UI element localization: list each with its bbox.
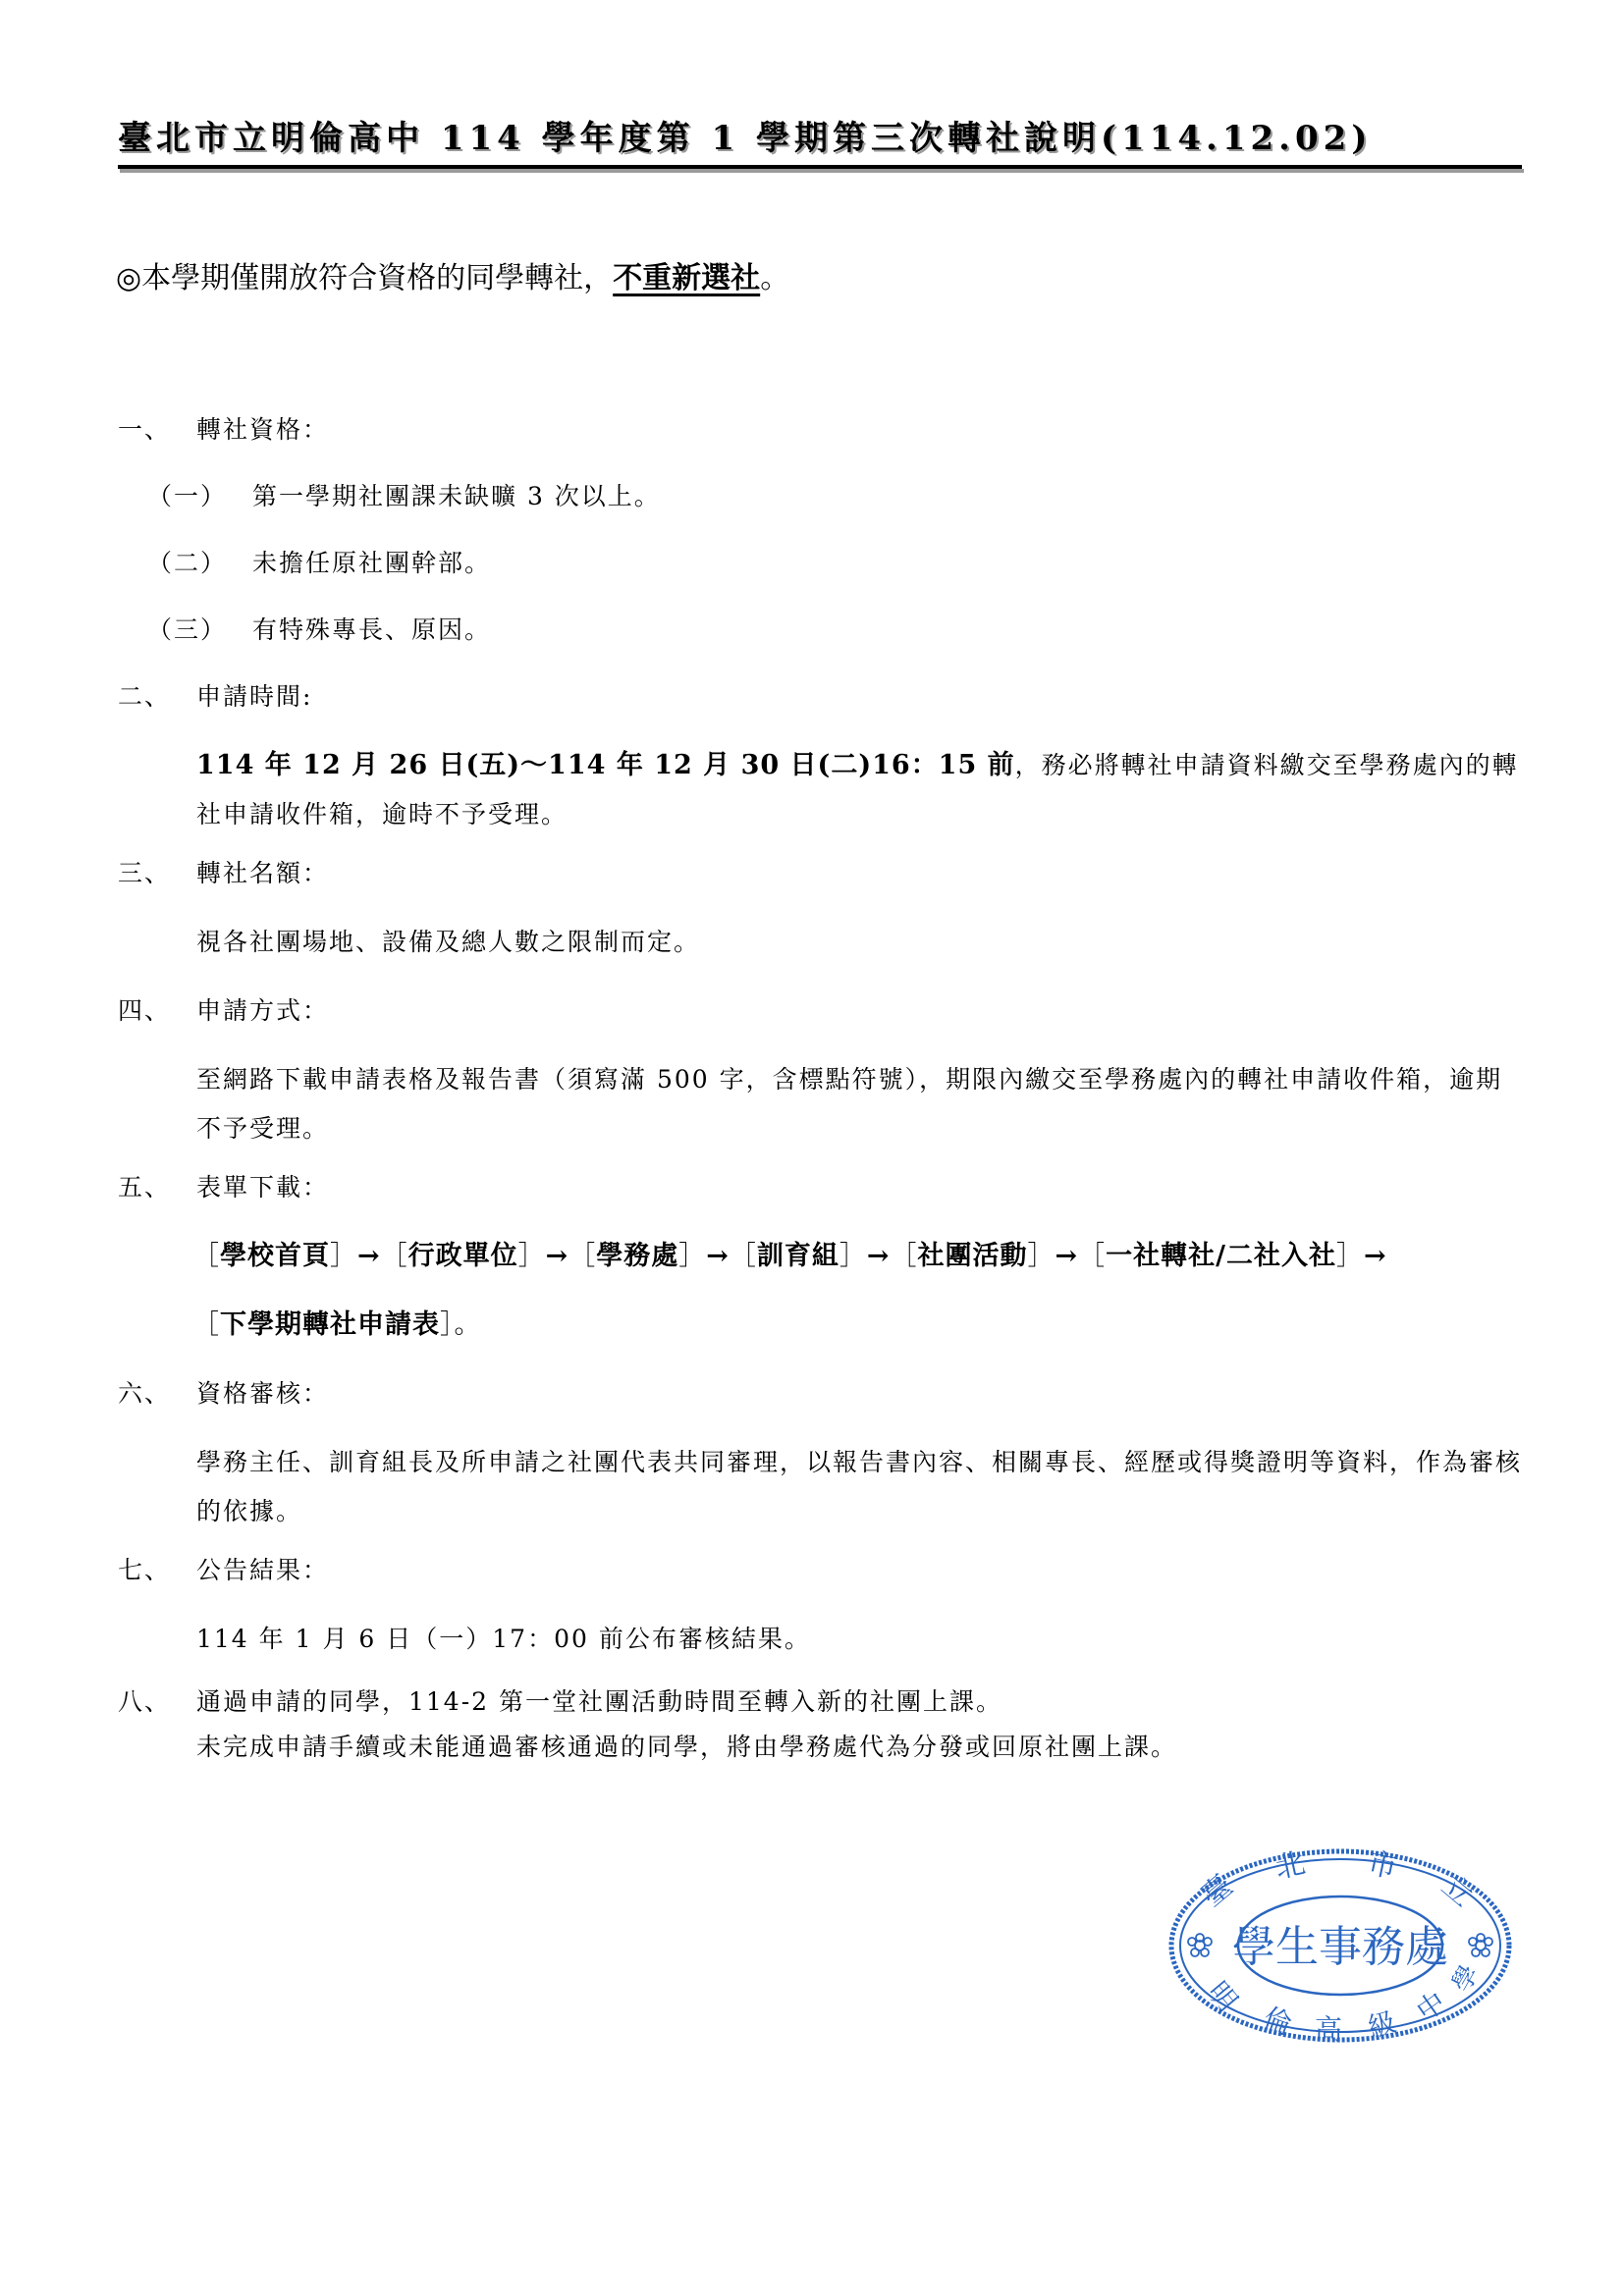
application-period: 114 年 12 月 26 日(五)～114 年 12 月 30 日(二)16：… [196, 750, 1015, 780]
section-number: 六、 [118, 1376, 196, 1412]
official-stamp: 學生事務處 臺 北 市 立 明 倫 高 級 中 學 [1166, 1847, 1515, 2044]
section-title: 資格審核： [196, 1379, 329, 1408]
stamp-seal-icon: 學生事務處 臺 北 市 立 明 倫 高 級 中 學 [1166, 1847, 1515, 2044]
path-step-transfer-form: 下學期轉社申請表 [220, 1309, 440, 1340]
section-number: 四、 [118, 993, 196, 1029]
section-number: 二、 [118, 679, 196, 715]
arrow-right-icon: → [867, 1241, 891, 1271]
path-step-school-home: 學校首頁 [220, 1241, 330, 1271]
section-1-item-3: （三）有特殊專長、原因。 [147, 613, 491, 648]
svg-text:立: 立 [1435, 1869, 1479, 1914]
section-3-heading: 三、轉社名額： [118, 856, 329, 891]
section-text: 通過申請的同學，114-2 第一堂社團活動時間至轉入新的社團上課。 [196, 1687, 1002, 1716]
svg-text:臺: 臺 [1195, 1869, 1239, 1914]
item-text: 有特殊專長、原因。 [252, 615, 491, 644]
title-block: 臺北市立明倫高中 114 學年度第 1 學期第三次轉社說明(114.12.02) [118, 116, 1522, 169]
section-4-body: 至網路下載申請表格及報告書（須寫滿 500 字，含標點符號），期限內繳交至學務處… [196, 1055, 1522, 1153]
section-2-heading: 二、申請時間: [118, 679, 312, 715]
section-1-item-2: （二）未擔任原社團幹部。 [147, 546, 491, 581]
arrow-right-icon: → [546, 1241, 569, 1271]
section-3-body: 視各社團場地、設備及總人數之限制而定。 [196, 918, 1522, 967]
download-path-line-2: ［下學期轉社申請表］。 [192, 1306, 482, 1345]
section-2-body: 114 年 12 月 26 日(五)～114 年 12 月 30 日(二)16：… [196, 741, 1522, 839]
arrow-right-icon: → [1056, 1241, 1079, 1271]
document-page: 臺北市立明倫高中 114 學年度第 1 學期第三次轉社說明(114.12.02)… [0, 0, 1624, 2296]
section-number: 三、 [118, 856, 196, 891]
svg-text:學: 學 [1447, 1960, 1486, 1998]
section-7-body: 114 年 1 月 6 日（一）17：00 前公布審核結果。 [196, 1615, 1522, 1664]
item-number: （一） [147, 479, 252, 514]
section-6-body: 學務主任、訓育組長及所申請之社團代表共同審理，以報告書內容、相關專長、經歷或得獎… [196, 1438, 1522, 1536]
section-title: 公告結果： [196, 1556, 329, 1584]
section-title: 申請方式： [196, 996, 329, 1025]
section-1-heading: 一、轉社資格： [118, 412, 329, 448]
arrow-right-icon: → [706, 1241, 730, 1271]
path-step-club-transfer: 一社轉社/二社入社 [1106, 1241, 1336, 1271]
notice-prefix: ◎本學期僅開放符合資格的同學轉社， [116, 261, 613, 295]
section-number: 八、 [118, 1684, 196, 1720]
section-number: 五、 [118, 1170, 196, 1205]
section-6-heading: 六、資格審核： [118, 1376, 329, 1412]
section-number: 一、 [118, 412, 196, 448]
notice-suffix: 。 [760, 261, 789, 295]
page-title: 臺北市立明倫高中 114 學年度第 1 學期第三次轉社說明(114.12.02) [118, 116, 1522, 161]
arrow-right-icon: → [1364, 1241, 1387, 1271]
item-number: （三） [147, 613, 252, 648]
path-step-activities-section: 訓育組 [757, 1241, 839, 1271]
title-underline [118, 165, 1522, 169]
arrow-right-icon: → [357, 1241, 381, 1271]
path-step-student-affairs: 學務處 [596, 1241, 678, 1271]
section-8-line-2: 未完成申請手續或未能通過審核通過的同學，將由學務處代為分發或回原社團上課。 [196, 1730, 1177, 1765]
stamp-center-text: 學生事務處 [1232, 1922, 1448, 1972]
section-5-heading: 五、表單下載： [118, 1170, 329, 1205]
notice-line: ◎本學期僅開放符合資格的同學轉社，不重新選社。 [116, 257, 789, 300]
path-step-admin-units: 行政單位 [408, 1241, 518, 1271]
path-end: 。 [455, 1309, 482, 1340]
section-title: 轉社名額： [196, 859, 329, 887]
svg-text:市: 市 [1365, 1847, 1401, 1886]
section-4-heading: 四、申請方式： [118, 993, 329, 1029]
item-text: 未擔任原社團幹部。 [252, 549, 491, 577]
section-number: 七、 [118, 1553, 196, 1588]
section-8-line-1: 八、通過申請的同學，114-2 第一堂社團活動時間至轉入新的社團上課。 [118, 1684, 1002, 1720]
svg-text:高: 高 [1315, 2013, 1342, 2044]
section-7-heading: 七、公告結果： [118, 1553, 329, 1588]
svg-text:級: 級 [1365, 2005, 1400, 2044]
section-title: 表單下載： [196, 1173, 329, 1201]
item-number: （二） [147, 546, 252, 581]
section-1-item-1: （一）第一學期社團課未缺曠 3 次以上。 [147, 479, 661, 514]
download-path-line-1: ［學校首頁］→［行政單位］→［學務處］→［訓育組］→［社團活動］→［一社轉社/二… [192, 1237, 1387, 1276]
section-title: 轉社資格： [196, 415, 329, 444]
item-text: 第一學期社團課未缺曠 3 次以上。 [252, 482, 661, 510]
section-title: 申請時間: [196, 682, 312, 711]
notice-emphasis: 不重新選社 [613, 261, 760, 295]
path-step-club-activities: 社團活動 [918, 1241, 1028, 1271]
